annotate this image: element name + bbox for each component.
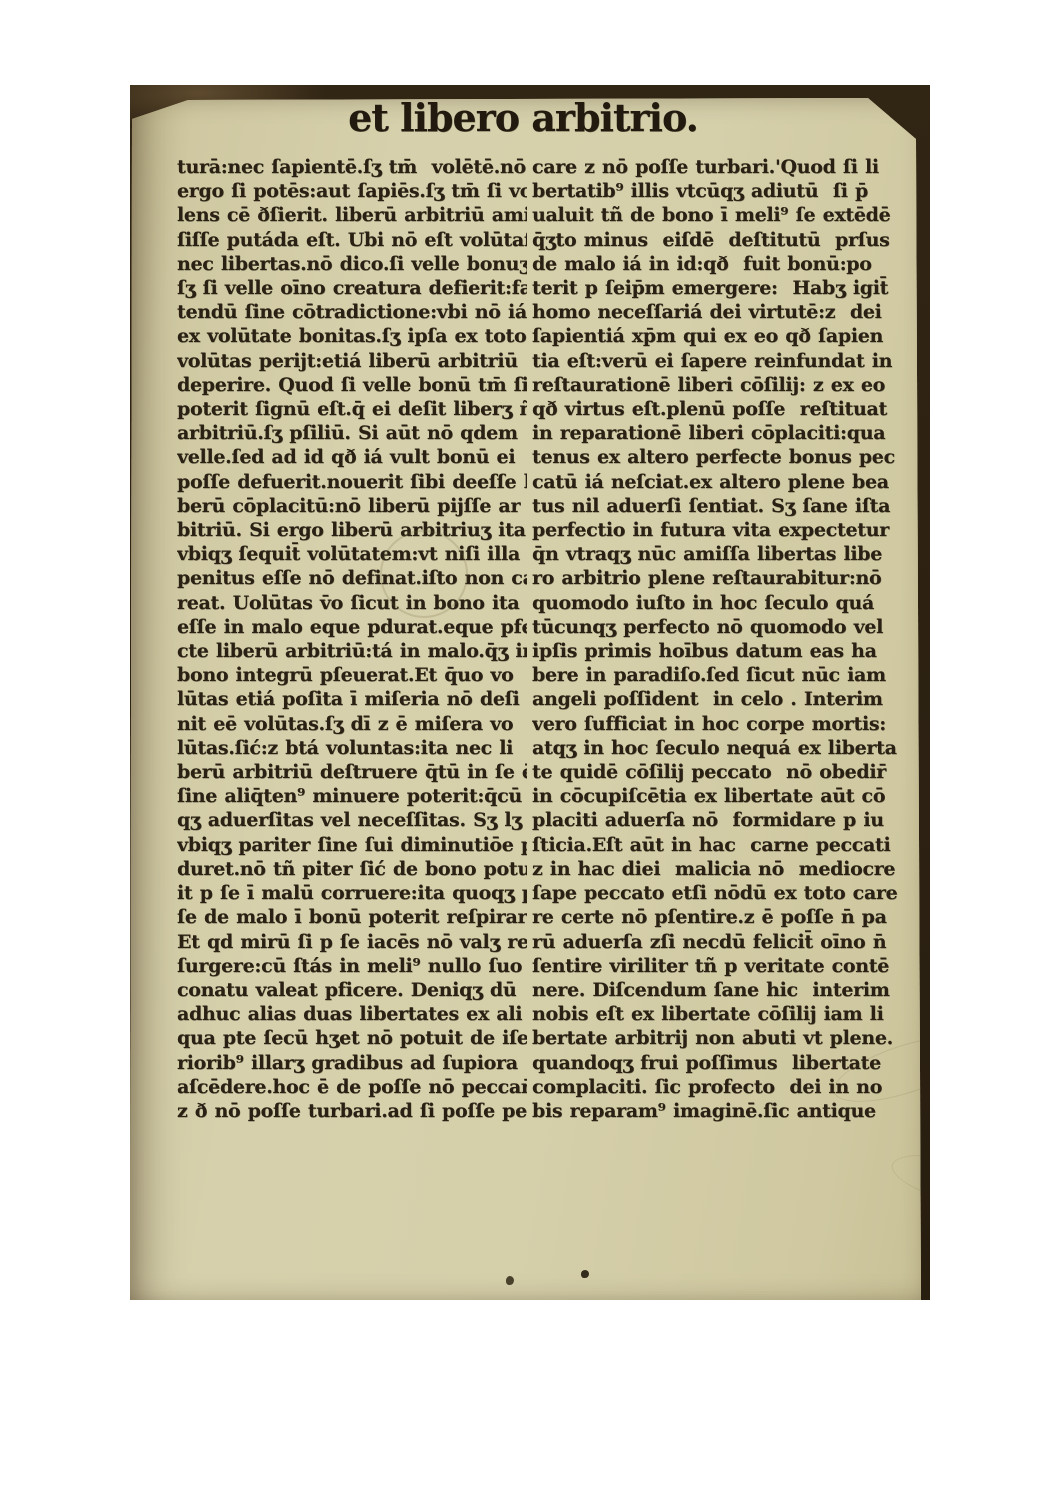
ink-spot — [581, 1270, 589, 1278]
running-title: et libero arbitrio. — [130, 95, 916, 141]
text-column-right: care z nō poſſe turbari.'Quod ſi li bert… — [532, 155, 912, 1135]
emboss-swirl-mark — [887, 1145, 1025, 1218]
text-column-left: turā:nec ſapientē.ſʒ tm̄ volētē.nō ergo … — [177, 155, 527, 1135]
book-scan-photo: et libero arbitrio. turā:nec ſapientē.ſʒ… — [130, 85, 930, 1300]
book-page: et libero arbitrio. turā:nec ſapientē.ſʒ… — [130, 85, 930, 1300]
ink-spot — [506, 1276, 514, 1285]
